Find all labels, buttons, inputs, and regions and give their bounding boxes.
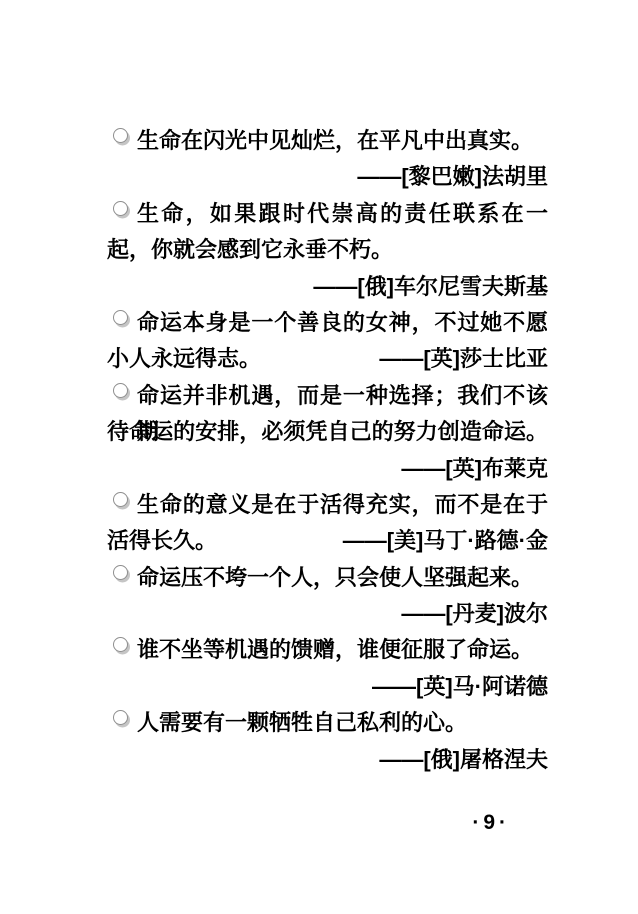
quote-text: 生命在闪光中见灿烂，在平凡中出真实。 — [137, 123, 548, 159]
circle-bullet-icon — [113, 201, 128, 216]
quote-text: 命运本身是一个善良的女神，不过她不愿 — [137, 305, 548, 341]
attribution-text: ——[美]马丁·路德·金 — [343, 523, 548, 559]
quote-text: 命运压不垮一个人，只会使人坚强起来。 — [137, 560, 548, 596]
quotes-block: 生命在闪光中见灿烂，在平凡中出真实。 ——[黎巴嫩]法胡里 生命，如果跟时代崇高… — [107, 123, 548, 836]
attribution-line: ——[黎巴嫩]法胡里 — [107, 159, 548, 195]
attribution-line: ——[丹麦]波尔 — [107, 596, 548, 632]
quote-line: 命运并非机遇，而是一种选择；我们不该期 — [107, 378, 548, 414]
quote-text: 谁不坐等机遇的馈赠，谁便征服了命运。 — [137, 632, 548, 668]
attribution-line: ——[俄]屠格涅夫 — [107, 742, 548, 778]
attribution-line: ——[英]马·阿诺德 — [107, 669, 548, 705]
quote-text: 生命，如果跟时代崇高的责任联系在一 — [137, 196, 548, 232]
quote-continuation-line: 起，你就会感到它永垂不朽。 — [107, 232, 548, 268]
circle-bullet-icon — [113, 492, 128, 507]
quote-text: 人需要有一颗牺牲自己私利的心。 — [137, 705, 548, 741]
quote-continuation-line: 待命运的安排，必须凭自己的努力创造命运。 — [107, 414, 548, 450]
quote-line: 谁不坐等机遇的馈赠，谁便征服了命运。 — [107, 632, 548, 668]
circle-bullet-icon — [113, 565, 128, 580]
circle-bullet-icon — [113, 310, 128, 325]
quote-and-attribution-line: 小人永远得志。 ——[英]莎士比亚 — [107, 341, 548, 377]
quote-line: 命运本身是一个善良的女神，不过她不愿 — [107, 305, 548, 341]
quote-and-attribution-line: 活得长久。 ——[美]马丁·路德·金 — [107, 523, 548, 559]
quote-text: 活得长久。 — [107, 523, 217, 559]
book-page: 生命在闪光中见灿烂，在平凡中出真实。 ——[黎巴嫩]法胡里 生命，如果跟时代崇高… — [0, 0, 638, 914]
circle-bullet-icon — [113, 637, 128, 652]
page-number: ·9· — [107, 810, 548, 836]
quote-line: 人需要有一颗牺牲自己私利的心。 — [107, 705, 548, 741]
quote-text: 生命的意义是在于活得充实，而不是在于 — [137, 487, 548, 523]
attribution-text: ——[英]莎士比亚 — [379, 341, 548, 377]
circle-bullet-icon — [113, 383, 128, 398]
attribution-line: ——[英]布莱克 — [107, 451, 548, 487]
circle-bullet-icon — [113, 128, 128, 143]
quote-line: 命运压不垮一个人，只会使人坚强起来。 — [107, 560, 548, 596]
quote-line: 生命在闪光中见灿烂，在平凡中出真实。 — [107, 123, 548, 159]
quote-line: 生命的意义是在于活得充实，而不是在于 — [107, 487, 548, 523]
attribution-line: ——[俄]车尔尼雪夫斯基 — [107, 269, 548, 305]
circle-bullet-icon — [113, 710, 128, 725]
quote-text: 小人永远得志。 — [107, 341, 261, 377]
quote-line: 生命，如果跟时代崇高的责任联系在一 — [107, 196, 548, 232]
